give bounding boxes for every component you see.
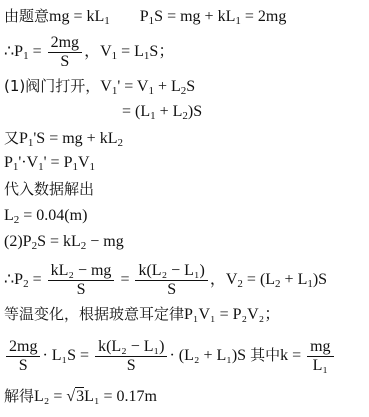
eq: · L₁S = bbox=[42, 347, 93, 364]
fraction: k(L₂ − L₁)S bbox=[95, 338, 167, 375]
eq: P bbox=[140, 8, 149, 25]
numerator: mg bbox=[307, 338, 333, 357]
eq: P₁V₁ = P₂V₂； bbox=[184, 306, 280, 323]
eq: P bbox=[4, 154, 13, 171]
text: 由题意 bbox=[4, 7, 49, 25]
eq: S = mg + kL bbox=[154, 8, 235, 25]
text: 等温变化，根据玻意耳定律 bbox=[4, 305, 184, 323]
eq: ∴P bbox=[4, 271, 23, 288]
eq: k = bbox=[280, 347, 305, 364]
text: (1)阀门打开， bbox=[4, 77, 100, 95]
fraction: mgL₁ bbox=[307, 338, 333, 375]
line-final-answer: 解得L₂ = √3L₁ = 0.17m bbox=[4, 386, 157, 407]
eq: = bbox=[29, 43, 46, 60]
eq: = 2mg bbox=[241, 8, 286, 25]
eq: ，V bbox=[210, 271, 238, 288]
eq: + L bbox=[281, 271, 308, 288]
fraction: kL₂ − mgS bbox=[48, 262, 115, 299]
denominator: S bbox=[135, 281, 207, 299]
line-boyle1: P1'·V1' = P1V1 bbox=[4, 153, 95, 173]
line-isothermal: 等温变化，根据玻意耳定律P₁V₁ = P₂V₂； bbox=[4, 304, 280, 325]
eq: L₁ = 0.17m bbox=[84, 388, 157, 405]
eq: = (L bbox=[122, 103, 150, 120]
line-part2: (2)P2S = kL2 − mg bbox=[4, 232, 124, 252]
eq: )S bbox=[188, 103, 202, 120]
text: 又 bbox=[4, 129, 19, 147]
denominator: S bbox=[6, 357, 40, 375]
numerator: k(L₂ − L₁) bbox=[135, 262, 207, 281]
numerator: 2mg bbox=[6, 338, 40, 357]
fraction: 2mgS bbox=[6, 338, 40, 375]
sub: 1 bbox=[104, 15, 110, 27]
eq: ' = V bbox=[117, 78, 148, 95]
sqrt-icon: √ bbox=[66, 388, 75, 405]
numerator: 2mg bbox=[48, 34, 82, 53]
eq: S = kL bbox=[37, 233, 81, 250]
line-p1prime: 又P1'S = mg + kL2 bbox=[4, 128, 123, 149]
line-p1: ∴P1 = 2mgS，V1 = L1S； bbox=[4, 34, 174, 71]
numerator: k(L₂ − L₁) bbox=[95, 338, 167, 357]
eq: S bbox=[186, 78, 195, 95]
eq: ∴P bbox=[4, 43, 23, 60]
eq: L bbox=[4, 207, 14, 224]
radicand: 3 bbox=[75, 387, 84, 405]
fraction: k(L₂ − L₁)S bbox=[135, 262, 207, 299]
eq: + L bbox=[154, 78, 181, 95]
eq: mg = kL bbox=[49, 8, 104, 25]
eq: V bbox=[100, 78, 112, 95]
denominator: S bbox=[48, 53, 82, 71]
line-substitute: 代入数据解出 bbox=[4, 179, 94, 199]
eq: 'S = mg + kL bbox=[33, 130, 117, 147]
denominator: S bbox=[48, 281, 115, 299]
eq: '·V bbox=[18, 154, 38, 171]
denominator: L₁ bbox=[307, 357, 333, 375]
line-part1: (1)阀门打开，V1' = V1 + L2S bbox=[4, 76, 195, 97]
eq: − mg bbox=[86, 233, 123, 250]
eq: L₂ = bbox=[34, 388, 66, 405]
eq: = (L bbox=[243, 271, 275, 288]
eq: P bbox=[19, 130, 28, 147]
numerator: kL₂ − mg bbox=[48, 262, 115, 281]
sub: 1 bbox=[90, 161, 96, 173]
text: 解得 bbox=[4, 387, 34, 405]
eq: · (L₂ + L₁)S bbox=[169, 347, 250, 364]
eq: S； bbox=[149, 43, 174, 60]
line-given: 由题意mg = kL1 P1S = mg + kL1 = 2mg bbox=[4, 6, 286, 27]
sub: 2 bbox=[117, 137, 123, 149]
text: 其中 bbox=[250, 346, 280, 364]
line-l2-result: L2 = 0.04(m) bbox=[4, 206, 87, 226]
eq: V bbox=[78, 154, 90, 171]
eq: ，V bbox=[84, 43, 112, 60]
eq: = bbox=[29, 271, 46, 288]
eq: + L bbox=[156, 103, 183, 120]
line-equation: 2mgS· L₁S = k(L₂ − L₁)S· (L₂ + L₁)S 其中k … bbox=[4, 338, 336, 375]
eq: = L bbox=[117, 43, 144, 60]
denominator: S bbox=[95, 357, 167, 375]
fraction: 2mgS bbox=[48, 34, 82, 71]
eq: (2)P bbox=[4, 233, 32, 250]
line-p2: ∴P2 = kL₂ − mgS = k(L₂ − L₁)S，V2 = (L2 +… bbox=[4, 262, 327, 299]
line-v1prime-cont: = (L1 + L2)S bbox=[122, 102, 202, 122]
eq: )S bbox=[313, 271, 327, 288]
eq: = 0.04(m) bbox=[19, 207, 87, 224]
eq: ' = P bbox=[44, 154, 73, 171]
